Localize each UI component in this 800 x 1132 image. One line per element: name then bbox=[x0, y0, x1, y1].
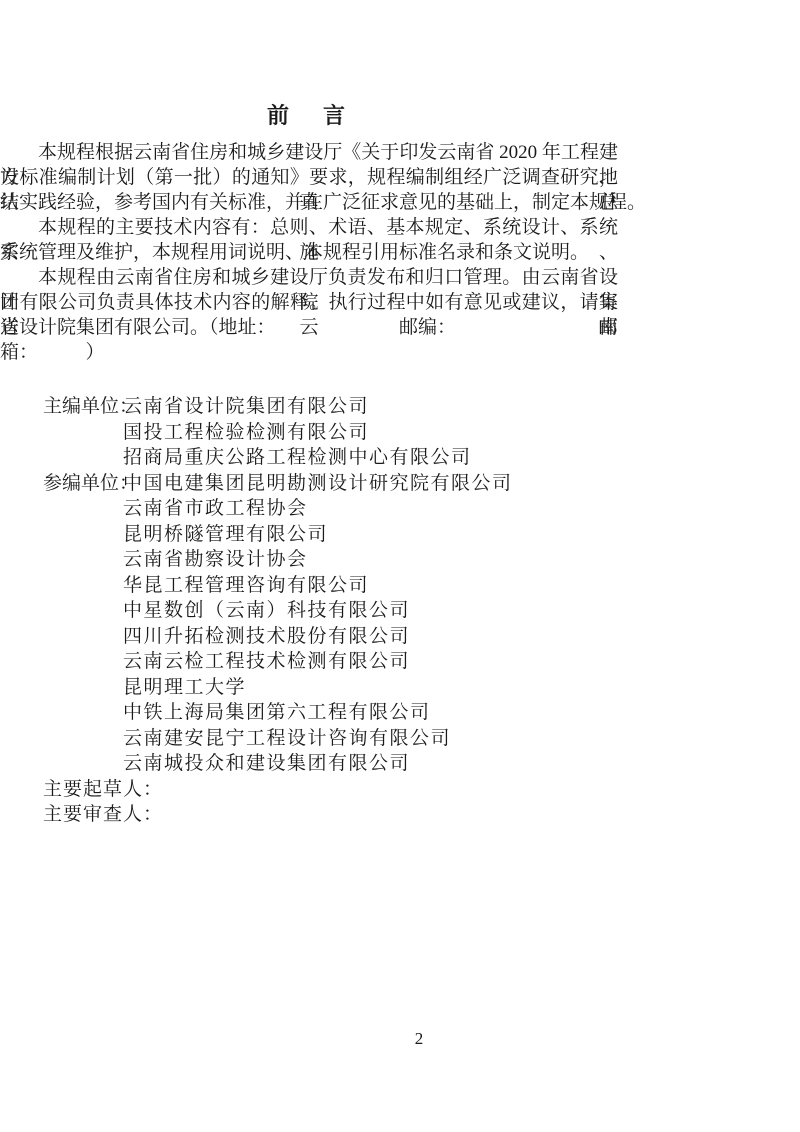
p1-line-3: 结实践经验，参考国内有关标准，并在广泛征求意见的基础上，制定本规程。 bbox=[0, 190, 618, 215]
credits-section: 主编单位： 云南省设计院集团有限公司 国投工程检验检测有限公司 招商局重庆公路工… bbox=[0, 394, 618, 828]
company-name: 云南省设计院集团有限公司 bbox=[123, 394, 369, 420]
company-name: 昆明桥隧管理有限公司 bbox=[123, 522, 328, 548]
participating-editor-row: 云南省市政工程协会 bbox=[0, 496, 618, 522]
p3-line-1: 本规程由云南省住房和城乡建设厅负责发布和归口管理。由云南省设计院集 bbox=[0, 265, 618, 290]
p3-line-3: 省设计院集团有限公司。（地址： 邮编： 邮 bbox=[0, 315, 618, 340]
participating-editor-row: 华昆工程管理咨询有限公司 bbox=[0, 573, 618, 599]
company-name: 中铁上海局集团第六工程有限公司 bbox=[123, 700, 431, 726]
reviewers-row: 主要审查人： bbox=[0, 802, 618, 828]
p1-line-1: 本规程根据云南省住房和城乡建设厅《关于印发云南省 2020 年工程建设地 bbox=[0, 140, 618, 165]
participating-editor-row: 昆明桥隧管理有限公司 bbox=[0, 522, 618, 548]
chief-editor-row: 招商局重庆公路工程检测中心有限公司 bbox=[0, 445, 618, 471]
p2-line-1: 本规程的主要技术内容有：总则、术语、基本规定、系统设计、系统实施、 bbox=[0, 215, 618, 240]
company-name: 昆明理工大学 bbox=[123, 675, 246, 701]
company-name: 中星数创（云南）科技有限公司 bbox=[123, 598, 410, 624]
company-name: 云南城投众和建设集团有限公司 bbox=[123, 751, 410, 777]
company-name: 云南云检工程技术检测有限公司 bbox=[123, 649, 410, 675]
chief-editor-row: 国投工程检验检测有限公司 bbox=[0, 420, 618, 446]
drafters-row: 主要起草人： bbox=[0, 777, 618, 803]
company-name: 国投工程检验检测有限公司 bbox=[123, 420, 369, 446]
company-name: 四川升拓检测技术股份有限公司 bbox=[123, 624, 410, 650]
participating-editor-row: 云南云检工程技术检测有限公司 bbox=[0, 649, 618, 675]
participating-editor-row: 中星数创（云南）科技有限公司 bbox=[0, 598, 618, 624]
company-name: 中国电建集团昆明勘测设计研究院有限公司 bbox=[123, 471, 513, 497]
company-name: 云南省勘察设计协会 bbox=[123, 547, 308, 573]
participating-editor-row: 云南省勘察设计协会 bbox=[0, 547, 618, 573]
p3-line-4: 箱： ） bbox=[0, 340, 618, 365]
company-name: 云南建安昆宁工程设计咨询有限公司 bbox=[123, 726, 451, 752]
participating-editor-row: 参编单位： 中国电建集团昆明勘测设计研究院有限公司 bbox=[0, 471, 618, 497]
participating-editor-row: 四川升拓检测技术股份有限公司 bbox=[0, 624, 618, 650]
page-number: 2 bbox=[110, 1030, 728, 1048]
participating-editor-row: 昆明理工大学 bbox=[0, 675, 618, 701]
company-name: 招商局重庆公路工程检测中心有限公司 bbox=[123, 445, 472, 471]
document-page: 前 言 本规程根据云南省住房和城乡建设厅《关于印发云南省 2020 年工程建设地… bbox=[0, 0, 800, 1132]
p1-line-2: 方标准编制计划（第一批）的通知》要求，规程编制组经广泛调查研究，认真总 bbox=[0, 165, 618, 190]
p3-line-2: 团有限公司负责具体技术内容的解释。执行过程中如有意见或建议，请寄送云南 bbox=[0, 290, 618, 315]
company-name: 华昆工程管理咨询有限公司 bbox=[123, 573, 369, 599]
chief-editor-row: 主编单位： 云南省设计院集团有限公司 bbox=[0, 394, 618, 420]
doc-title: 前 言 bbox=[0, 102, 618, 130]
p2-line-2: 系统管理及维护，本规程用词说明、本规程引用标准名录和条文说明。 bbox=[0, 240, 618, 265]
participating-editor-row: 中铁上海局集团第六工程有限公司 bbox=[0, 700, 618, 726]
preface-body: 本规程根据云南省住房和城乡建设厅《关于印发云南省 2020 年工程建设地 方标准… bbox=[0, 140, 618, 365]
drafters-label: 主要起草人： bbox=[43, 777, 163, 803]
participating-editor-row: 云南建安昆宁工程设计咨询有限公司 bbox=[0, 726, 618, 752]
participating-editor-row: 云南城投众和建设集团有限公司 bbox=[0, 751, 618, 777]
reviewers-label: 主要审查人： bbox=[43, 802, 163, 828]
company-name: 云南省市政工程协会 bbox=[123, 496, 308, 522]
